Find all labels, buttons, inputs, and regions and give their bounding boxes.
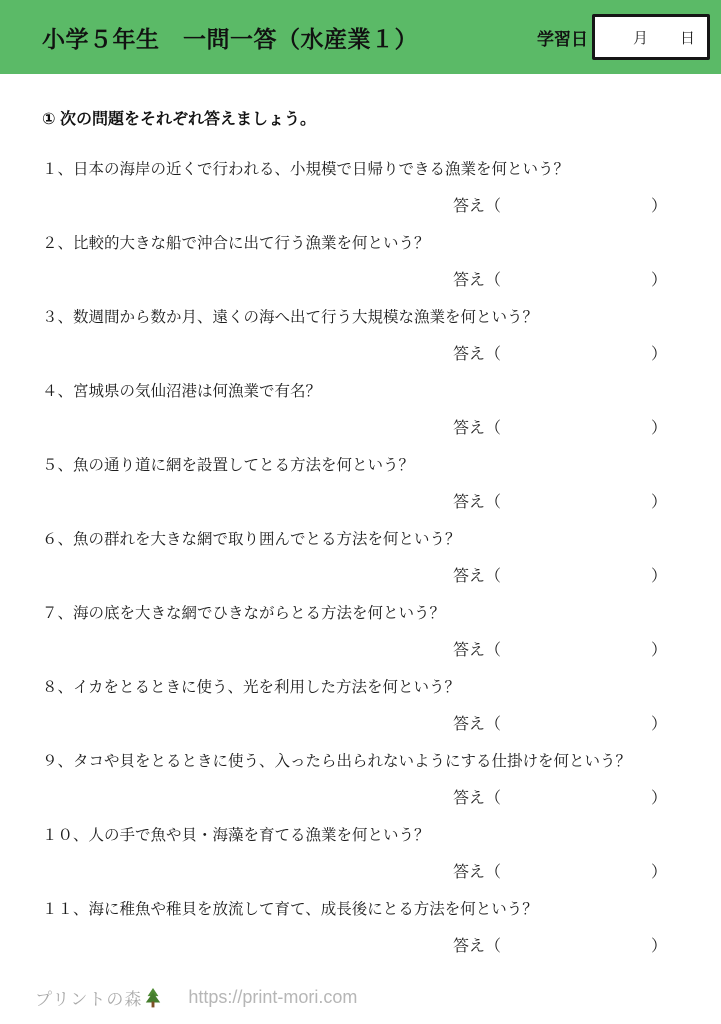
- answer-line: 答え（）: [42, 198, 667, 216]
- site-url-link[interactable]: https://print-mori.com: [188, 987, 357, 1008]
- question-text: ８、イカをとるときに使う、光を利用した方法を何という？: [42, 679, 667, 697]
- answer-label: 答え（: [453, 346, 501, 364]
- question-block: １、日本の海岸の近くで行われる、小規模で日帰りできる漁業を何という？ 答え（）: [42, 161, 667, 216]
- answer-blank: [501, 207, 651, 208]
- question-block: １１、海に稚魚や稚貝を放流して育て、成長後にとる方法を何という？ 答え（）: [42, 901, 667, 956]
- question-text: ２、比較的大きな船で沖合に出て行う漁業を何という？: [42, 235, 667, 253]
- question-block: ４、宮城県の気仙沼港は何漁業で有名？ 答え（）: [42, 383, 667, 438]
- answer-close-paren: ）: [651, 272, 667, 290]
- answer-blank: [501, 429, 651, 430]
- answer-line: 答え（）: [42, 864, 667, 882]
- question-text: １１、海に稚魚や稚貝を放流して育て、成長後にとる方法を何という？: [42, 901, 667, 919]
- question-block: ７、海の底を大きな網でひきながらとる方法を何という？ 答え（）: [42, 605, 667, 660]
- answer-line: 答え（）: [42, 790, 667, 808]
- brand-name: プリントの森: [35, 985, 142, 1010]
- answer-label: 答え（: [453, 938, 501, 956]
- question-text: ６、魚の群れを大きな網で取り囲んでとる方法を何という？: [42, 531, 667, 549]
- page-footer: プリントの森 https://print-mori.com: [35, 985, 357, 1010]
- question-text: ７、海の底を大きな網でひきながらとる方法を何という？: [42, 605, 667, 623]
- question-block: ３、数週間から数か月、遠くの海へ出て行う大規模な漁業を何という？ 答え（）: [42, 309, 667, 364]
- answer-blank: [501, 947, 651, 948]
- answer-blank: [501, 503, 651, 504]
- answer-blank: [501, 873, 651, 874]
- evergreen-tree-icon: [144, 987, 162, 1008]
- answer-line: 答え（）: [42, 642, 667, 660]
- answer-line: 答え（）: [42, 346, 667, 364]
- instruction-text: ① 次の問題をそれぞれ答えましょう。: [42, 110, 667, 130]
- answer-label: 答え（: [453, 568, 501, 586]
- month-label: 月: [633, 27, 648, 48]
- worksheet-body: ① 次の問題をそれぞれ答えましょう。 １、日本の海岸の近くで行われる、小規模で日…: [0, 110, 721, 956]
- worksheet-header: 小学５年生 一問一答（水産業１） 学習日 月 日: [0, 0, 721, 74]
- study-date-area: 学習日 月 日: [537, 14, 710, 60]
- answer-blank: [501, 355, 651, 356]
- answer-line: 答え（）: [42, 272, 667, 290]
- answer-close-paren: ）: [651, 716, 667, 734]
- answer-close-paren: ）: [651, 568, 667, 586]
- answer-label: 答え（: [453, 864, 501, 882]
- question-block: ８、イカをとるときに使う、光を利用した方法を何という？ 答え（）: [42, 679, 667, 734]
- answer-label: 答え（: [453, 494, 501, 512]
- answer-line: 答え（）: [42, 494, 667, 512]
- answer-blank: [501, 799, 651, 800]
- answer-close-paren: ）: [651, 494, 667, 512]
- answer-label: 答え（: [453, 642, 501, 660]
- answer-close-paren: ）: [651, 198, 667, 216]
- answer-close-paren: ）: [651, 642, 667, 660]
- answer-label: 答え（: [453, 716, 501, 734]
- answer-label: 答え（: [453, 420, 501, 438]
- answer-blank: [501, 725, 651, 726]
- answer-label: 答え（: [453, 272, 501, 290]
- answer-label: 答え（: [453, 198, 501, 216]
- question-block: ５、魚の通り道に網を設置してとる方法を何という？ 答え（）: [42, 457, 667, 512]
- question-text: ５、魚の通り道に網を設置してとる方法を何という？: [42, 457, 667, 475]
- answer-close-paren: ）: [651, 420, 667, 438]
- question-block: １０、人の手で魚や貝・海藻を育てる漁業を何という？ 答え（）: [42, 827, 667, 882]
- answer-line: 答え（）: [42, 568, 667, 586]
- question-text: １、日本の海岸の近くで行われる、小規模で日帰りできる漁業を何という？: [42, 161, 667, 179]
- answer-close-paren: ）: [651, 938, 667, 956]
- question-block: ２、比較的大きな船で沖合に出て行う漁業を何という？ 答え（）: [42, 235, 667, 290]
- answer-close-paren: ）: [651, 790, 667, 808]
- question-text: ４、宮城県の気仙沼港は何漁業で有名？: [42, 383, 667, 401]
- answer-line: 答え（）: [42, 420, 667, 438]
- answer-label: 答え（: [453, 790, 501, 808]
- answer-line: 答え（）: [42, 938, 667, 956]
- answer-line: 答え（）: [42, 716, 667, 734]
- answer-close-paren: ）: [651, 864, 667, 882]
- page-title: 小学５年生 一問一答（水産業１）: [42, 21, 418, 54]
- answer-blank: [501, 651, 651, 652]
- answer-blank: [501, 577, 651, 578]
- question-text: １０、人の手で魚や貝・海藻を育てる漁業を何という？: [42, 827, 667, 845]
- question-list: １、日本の海岸の近くで行われる、小規模で日帰りできる漁業を何という？ 答え（） …: [42, 161, 667, 956]
- study-date-label: 学習日: [537, 25, 588, 50]
- day-label: 日: [680, 27, 695, 48]
- answer-close-paren: ）: [651, 346, 667, 364]
- study-date-box: 月 日: [592, 14, 710, 60]
- question-block: ６、魚の群れを大きな網で取り囲んでとる方法を何という？ 答え（）: [42, 531, 667, 586]
- question-block: ９、タコや貝をとるときに使う、入ったら出られないようにする仕掛けを何という？ 答…: [42, 753, 667, 808]
- question-text: ３、数週間から数か月、遠くの海へ出て行う大規模な漁業を何という？: [42, 309, 667, 327]
- answer-blank: [501, 281, 651, 282]
- question-text: ９、タコや貝をとるときに使う、入ったら出られないようにする仕掛けを何という？: [42, 753, 667, 771]
